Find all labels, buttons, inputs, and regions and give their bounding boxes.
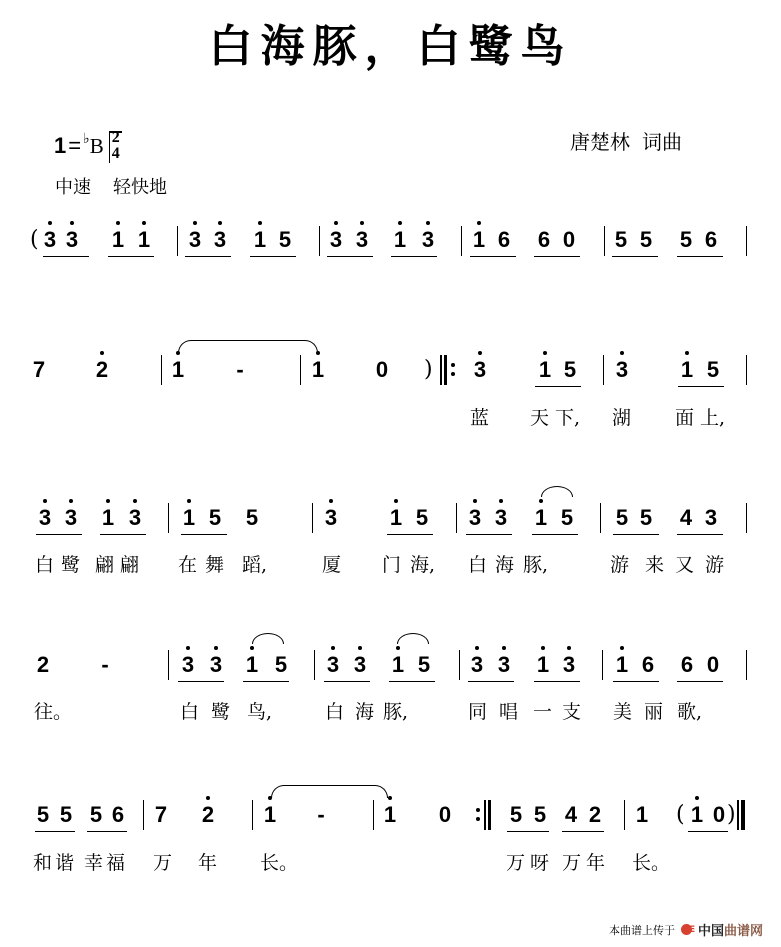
note: 2	[587, 803, 603, 827]
score-row-5: 5 5 5 6 7 2 1 - 1 0 5 5 4 2 1 ( 1 0 )	[0, 803, 781, 843]
note: 1	[614, 653, 630, 677]
repeat-end-barline	[484, 800, 491, 830]
lyric: 一	[533, 701, 552, 723]
barline	[456, 503, 457, 533]
lyric: 幸	[84, 852, 103, 874]
note: 0	[374, 358, 390, 382]
note: 0	[705, 653, 721, 677]
note: 5	[638, 506, 654, 530]
note: 1	[392, 228, 408, 252]
logo-mark-icon: E	[681, 924, 695, 936]
lyric: 来	[645, 554, 664, 576]
tempo-marking: 中速轻快地	[55, 173, 189, 199]
lyric: 翩	[120, 554, 139, 576]
barline	[177, 226, 178, 256]
note: 1	[382, 803, 398, 827]
lyric: 游	[705, 554, 724, 576]
lyric: 和	[33, 852, 52, 874]
lyric: 鹭	[211, 701, 230, 723]
key-signature: 1 = ♭ B 2 4	[54, 130, 120, 162]
note: 1	[252, 228, 268, 252]
note: 1	[310, 358, 326, 382]
note: 3	[127, 506, 143, 530]
note: 5	[613, 228, 629, 252]
note: 5	[559, 506, 575, 530]
note: 3	[561, 653, 577, 677]
note: 5	[277, 228, 293, 252]
note: 5	[416, 653, 432, 677]
note: 2	[200, 803, 216, 827]
note: 1	[537, 358, 553, 382]
repeat-start-barline	[440, 355, 447, 385]
barline	[603, 355, 604, 385]
note: 5	[508, 803, 524, 827]
note: 0	[711, 803, 727, 827]
note: 5	[207, 506, 223, 530]
barline	[604, 226, 605, 256]
lyric: 蓝	[470, 407, 489, 429]
tie-slur	[541, 486, 573, 497]
note: 4	[678, 506, 694, 530]
lyric: 万	[506, 852, 525, 874]
tie-slur	[271, 785, 388, 798]
note: 5	[678, 228, 694, 252]
note: 6	[110, 803, 126, 827]
note: 3	[472, 358, 488, 382]
note: 3	[352, 653, 368, 677]
note: 3	[325, 653, 341, 677]
note: 5	[614, 506, 630, 530]
barline	[319, 226, 320, 256]
lyric: 游	[610, 554, 629, 576]
note: 5	[58, 803, 74, 827]
lyric: 年	[198, 852, 217, 874]
note-dash: -	[313, 803, 329, 827]
barline	[161, 355, 162, 385]
time-signature: 2 4	[112, 130, 120, 162]
note: 3	[208, 653, 224, 677]
barline	[746, 226, 747, 256]
barline	[600, 503, 601, 533]
lyric: 年	[586, 852, 605, 874]
barline	[168, 650, 169, 680]
lyric: 支	[562, 701, 581, 723]
lyric: 翩	[95, 554, 114, 576]
lyric: 湖	[612, 407, 631, 429]
note: 1	[181, 506, 197, 530]
barline	[746, 650, 747, 680]
note: 3	[63, 506, 79, 530]
note: 0	[437, 803, 453, 827]
barline	[314, 650, 315, 680]
lyric: 海	[355, 701, 374, 723]
repeat-dots	[451, 360, 455, 378]
note: 7	[31, 358, 47, 382]
barline	[168, 503, 169, 533]
note: 1	[634, 803, 650, 827]
note: 3	[467, 506, 483, 530]
lyric: 天	[530, 407, 549, 429]
note: 1	[471, 228, 487, 252]
lyric: 舞	[205, 554, 224, 576]
lyric: 美	[613, 701, 632, 723]
note: 5	[562, 358, 578, 382]
upload-footer: 本曲谱上传于 E 中国曲谱网	[609, 920, 763, 939]
repeat-dots	[476, 805, 480, 823]
upload-text: 本曲谱上传于	[609, 922, 675, 938]
key-equals: =	[68, 133, 81, 159]
lyric: 豚,	[523, 554, 548, 576]
lyric: 唱	[499, 701, 518, 723]
lyric: 下,	[555, 407, 580, 429]
lyric: 往。	[34, 701, 72, 723]
lyric: 同	[468, 701, 487, 723]
tie-slur	[252, 633, 284, 644]
note: 6	[679, 653, 695, 677]
lyric: 门	[382, 554, 401, 576]
barline	[602, 650, 603, 680]
open-paren: (	[676, 803, 685, 827]
score-row-1: ( 3 3 1 1 3 3 1 5 3 3 1 3 1 6 6 0 5 5 5 …	[0, 228, 781, 268]
note: 6	[536, 228, 552, 252]
lyric: 长。	[260, 852, 298, 874]
composer-role: 词曲	[642, 130, 682, 154]
note: 3	[323, 506, 339, 530]
logo-text-secondary: 曲谱网	[724, 920, 763, 939]
key-tonic: 1	[54, 133, 66, 159]
note: 1	[110, 228, 126, 252]
lyric: 在	[178, 554, 197, 576]
lyric: 鹭	[61, 554, 80, 576]
note: 1	[533, 506, 549, 530]
lyric: 白	[325, 701, 344, 723]
lyric: 海,	[410, 554, 435, 576]
note: 6	[496, 228, 512, 252]
note: 1	[136, 228, 152, 252]
key-note: B	[90, 134, 104, 159]
note: 1	[388, 506, 404, 530]
note: 3	[496, 653, 512, 677]
note: 1	[170, 358, 186, 382]
lyric: 万	[562, 852, 581, 874]
note: 5	[35, 803, 51, 827]
note: 3	[212, 228, 228, 252]
note-dash: -	[232, 358, 248, 382]
open-paren: (	[30, 228, 39, 252]
tempo-speed: 中速	[55, 177, 91, 198]
composer-credit: 唐楚林词曲	[570, 126, 682, 155]
note: 6	[640, 653, 656, 677]
note: 3	[180, 653, 196, 677]
lyric: 上,	[700, 407, 725, 429]
score-row-2: 7 2 1 - 1 0 ) 3 1 5 3 1 5	[0, 358, 781, 398]
score-row-3: 3 3 1 3 1 5 5 3 1 5 3 3 1 5 5 5 4 3	[0, 506, 781, 546]
tie-slur	[397, 633, 429, 644]
close-paren: )	[424, 358, 433, 382]
barline	[746, 503, 747, 533]
note: 3	[469, 653, 485, 677]
close-paren: )	[727, 803, 736, 827]
lyric: 又	[675, 554, 694, 576]
note: 2	[35, 653, 51, 677]
note: 1	[679, 358, 695, 382]
score-row-4: 2 - 3 3 1 5 3 3 1 5 3 3 1 3 1 6 6 0	[0, 653, 781, 693]
logo-text-primary: 中国	[698, 920, 724, 939]
note: 5	[532, 803, 548, 827]
note: 3	[37, 506, 53, 530]
lyric: 白	[35, 554, 54, 576]
lyric: 福	[106, 852, 125, 874]
lyric: 长。	[632, 852, 670, 874]
barline	[373, 800, 374, 830]
lyric: 万	[153, 852, 172, 874]
barline	[624, 800, 625, 830]
note: 5	[273, 653, 289, 677]
barline	[459, 650, 460, 680]
lyric: 蹈,	[242, 554, 267, 576]
note: 3	[703, 506, 719, 530]
note: 1	[689, 803, 705, 827]
note: 5	[244, 506, 260, 530]
composer-name: 唐楚林	[570, 130, 630, 154]
note: 1	[262, 803, 278, 827]
note: 3	[354, 228, 370, 252]
note: 5	[705, 358, 721, 382]
barline	[300, 355, 301, 385]
score-title: 白海豚，白鹭鸟	[0, 10, 781, 74]
note: 4	[563, 803, 579, 827]
note: 3	[614, 358, 630, 382]
lyric: 海	[495, 554, 514, 576]
note: 2	[94, 358, 110, 382]
note: 1	[390, 653, 406, 677]
note: 5	[414, 506, 430, 530]
note: 3	[42, 228, 58, 252]
tie-slur	[178, 340, 318, 353]
note: 7	[153, 803, 169, 827]
barline	[461, 226, 462, 256]
lyric: 白	[180, 701, 199, 723]
lyric: 歌,	[677, 701, 702, 723]
note: 0	[561, 228, 577, 252]
note: 1	[535, 653, 551, 677]
barline	[312, 503, 313, 533]
tempo-style: 轻快地	[113, 177, 167, 198]
note: 3	[420, 228, 436, 252]
note: 3	[187, 228, 203, 252]
note: 3	[328, 228, 344, 252]
lyric: 面	[675, 407, 694, 429]
final-barline	[737, 800, 745, 830]
lyric: 谐	[55, 852, 74, 874]
barline	[143, 800, 144, 830]
note: 1	[244, 653, 260, 677]
site-logo[interactable]: E 中国曲谱网	[681, 920, 763, 939]
barline	[252, 800, 253, 830]
lyric: 白	[468, 554, 487, 576]
lyric: 鸟,	[247, 701, 272, 723]
lyric: 厦	[322, 554, 341, 576]
note: 6	[703, 228, 719, 252]
lyric: 豚,	[383, 701, 408, 723]
note: 3	[493, 506, 509, 530]
note: 5	[638, 228, 654, 252]
note: 3	[64, 228, 80, 252]
lyric: 呀	[530, 852, 549, 874]
note: 5	[88, 803, 104, 827]
barline	[746, 355, 747, 385]
note-dash: -	[97, 653, 113, 677]
lyric: 丽	[644, 701, 663, 723]
note: 1	[100, 506, 116, 530]
flat-icon: ♭	[83, 131, 90, 147]
